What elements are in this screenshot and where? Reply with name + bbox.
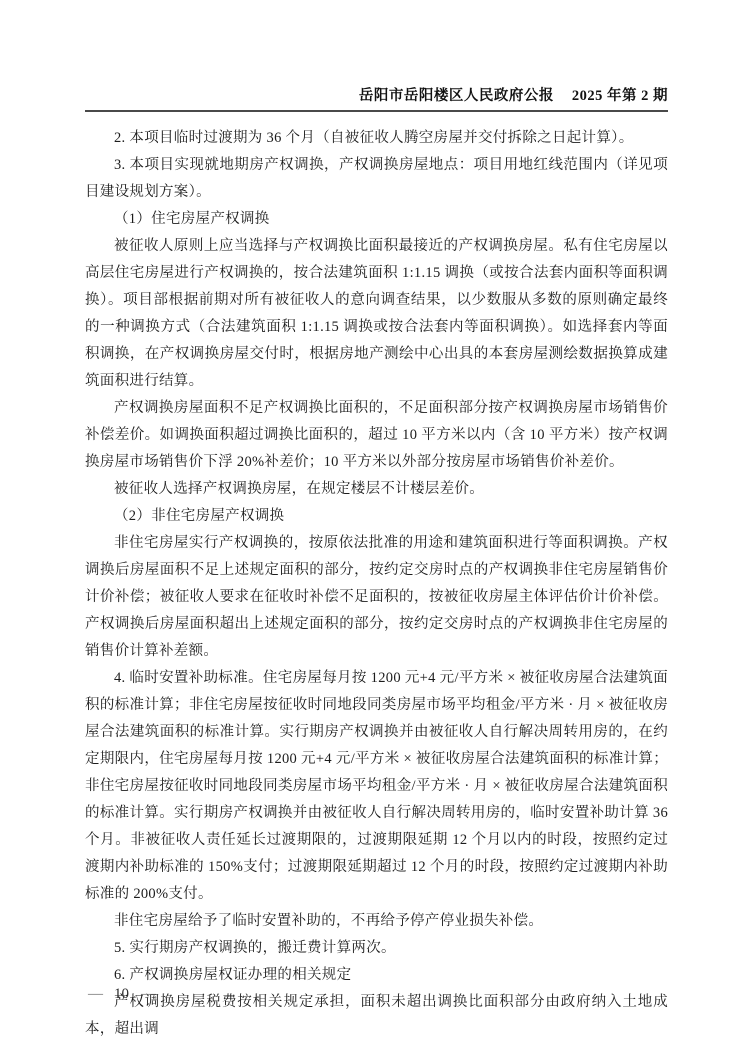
paragraph-numbered-item: 4. 临时安置补助标准。住宅房屋每月按 1200 元+4 元/平方米 × 被征收… <box>85 665 668 908</box>
footer-right-dash: — <box>141 986 155 1003</box>
gazette-issue: 2025 年第 2 期 <box>572 88 668 104</box>
paragraph-numbered-item: 5. 实行期房产权调换的，搬迁费计算两次。 <box>85 935 668 962</box>
paragraph: 非住宅房屋实行产权调换的，按原依法批准的用途和建筑面积进行等面积调换。产权调换后… <box>85 530 668 665</box>
paragraph: 被征收人选择产权调换房屋，在规定楼层不计楼层差价。 <box>85 476 668 503</box>
footer-left-dash: — <box>88 986 102 1003</box>
page-number: 10 <box>114 986 129 1003</box>
paragraph: 产权调换房屋税费按相关规定承担，面积未超出调换比面积部分由政府纳入土地成本，超出… <box>85 989 668 1043</box>
gazette-title: 岳阳市岳阳楼区人民政府公报 <box>359 88 554 104</box>
section-sub-heading: （1）住宅房屋产权调换 <box>85 206 668 233</box>
paragraph-numbered-item: 3. 本项目实现就地期房产权调换，产权调换房屋地点：项目用地红线范围内（详见项目… <box>85 152 668 206</box>
paragraph: 非住宅房屋给予了临时安置补助的，不再给予停产停业损失补偿。 <box>85 908 668 935</box>
paragraph: 被征收人原则上应当选择与产权调换比面积最接近的产权调换房屋。私有住宅房屋以高层住… <box>85 233 668 395</box>
document-page: 岳阳市岳阳楼区人民政府公报2025 年第 2 期 2. 本项目临时过渡期为 36… <box>0 0 750 1061</box>
document-body: 2. 本项目临时过渡期为 36 个月（自被征收人腾空房屋并交付拆除之日起计算）。… <box>85 125 668 1043</box>
paragraph-numbered-item: 2. 本项目临时过渡期为 36 个月（自被征收人腾空房屋并交付拆除之日起计算）。 <box>85 125 668 152</box>
page-header: 岳阳市岳阳楼区人民政府公报2025 年第 2 期 <box>85 84 668 112</box>
paragraph: 产权调换房屋面积不足产权调换比面积的，不足面积部分按产权调换房屋市场销售价补偿差… <box>85 395 668 476</box>
page-footer: — 10 — <box>88 986 155 1003</box>
section-sub-heading: （2）非住宅房屋产权调换 <box>85 503 668 530</box>
section-heading: 6. 产权调换房屋权证办理的相关规定 <box>85 962 668 989</box>
